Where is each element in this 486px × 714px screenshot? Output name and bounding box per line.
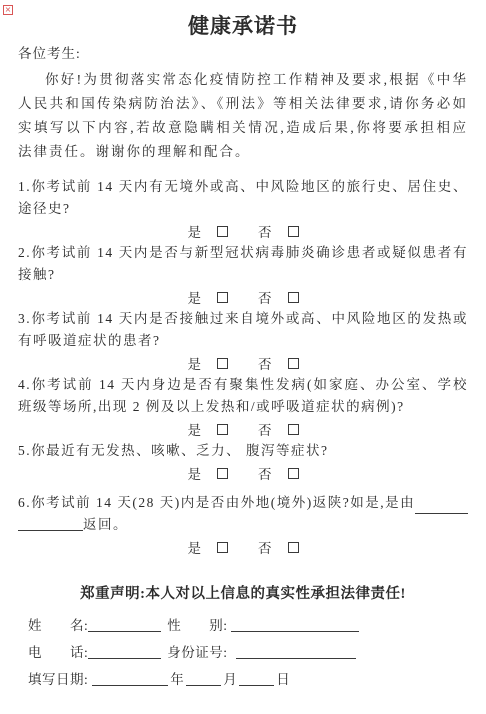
question-list: 1.你考试前 14 天内有无境外或高、中风险地区的旅行史、居住史、途径史? 是 …: [18, 176, 468, 558]
no-checkbox[interactable]: [288, 226, 299, 237]
name-label: 姓 名:: [28, 618, 88, 633]
question-4-choice-row: 是 否: [18, 418, 468, 440]
day-label: 日: [276, 672, 290, 687]
question-6-suffix: 返回。: [83, 517, 128, 532]
yes-label: 是: [188, 221, 202, 241]
no-label: 否: [258, 287, 272, 307]
no-checkbox[interactable]: [288, 542, 299, 553]
question-2-choice-row: 是 否: [18, 286, 468, 308]
no-label: 否: [258, 537, 272, 557]
phone-id-row: 电 话:身份证号:: [28, 639, 468, 666]
name-gender-row: 姓 名:性 别:: [28, 612, 468, 639]
question-5: 5.你最近有无发热、咳嗽、乏力、 腹泻等症状?: [18, 440, 468, 462]
no-checkbox[interactable]: [288, 424, 299, 435]
yes-checkbox[interactable]: [217, 468, 228, 479]
no-checkbox[interactable]: [288, 358, 299, 369]
id-number-field[interactable]: [236, 644, 356, 659]
broken-image-icon: ×: [3, 5, 13, 15]
gender-field[interactable]: [231, 617, 359, 632]
yes-checkbox[interactable]: [217, 424, 228, 435]
yes-checkbox[interactable]: [217, 226, 228, 237]
name-field[interactable]: [88, 617, 161, 632]
question-6-choice-row: 是 否: [18, 536, 468, 558]
no-checkbox[interactable]: [288, 468, 299, 479]
yes-label: 是: [188, 353, 202, 373]
yes-label: 是: [188, 537, 202, 557]
page-title: 健康承诺书: [18, 13, 468, 39]
question-1-choice-row: 是 否: [18, 220, 468, 242]
question-4: 4.你考试前 14 天内身边是否有聚集性发病(如家庭、办公室、学校班级等场所,出…: [18, 374, 468, 418]
year-label: 年: [170, 672, 184, 687]
declaration-statement: 郑重声明:本人对以上信息的真实性承担法律责任!: [18, 584, 468, 604]
phone-field[interactable]: [88, 644, 161, 659]
date-year-field[interactable]: [92, 671, 168, 686]
month-label: 月: [223, 672, 237, 687]
question-6: 6.你考试前 14 天(28 天)内是否由外地(境外)返陕?如是,是由 返回。: [18, 492, 468, 536]
salutation: 各位考生:: [18, 45, 468, 63]
document-content: 健康承诺书 各位考生: 你好!为贯彻落实常态化疫情防控工作精神及要求,根据《中华…: [0, 0, 486, 693]
no-label: 否: [258, 419, 272, 439]
gender-label: 性 别:: [167, 618, 227, 633]
signature-fields: 姓 名:性 别: 电 话:身份证号: 填写日期:年月日: [18, 612, 468, 693]
no-checkbox[interactable]: [288, 292, 299, 303]
phone-label: 电 话:: [28, 645, 88, 660]
question-2: 2.你考试前 14 天内是否与新型冠状病毒肺炎确诊患者或疑似患者有接触?: [18, 242, 468, 286]
yes-checkbox[interactable]: [217, 292, 228, 303]
yes-checkbox[interactable]: [217, 542, 228, 553]
question-3: 3.你考试前 14 天内是否接触过来自境外或高、中风险地区的发热或有呼吸道症状的…: [18, 308, 468, 352]
question-6-blank-1[interactable]: [415, 497, 468, 514]
question-5-choice-row: 是 否: [18, 462, 468, 484]
id-label: 身份证号:: [167, 645, 227, 660]
date-row: 填写日期:年月日: [28, 666, 468, 693]
question-6-text: 6.你考试前 14 天(28 天)内是否由外地(境外)返陕?如是,是由: [18, 492, 415, 514]
date-label: 填写日期:: [28, 672, 88, 687]
question-3-choice-row: 是 否: [18, 352, 468, 374]
yes-label: 是: [188, 463, 202, 483]
intro-paragraph: 你好!为贯彻落实常态化疫情防控工作精神及要求,根据《中华人民共和国传染病防治法》…: [18, 68, 468, 164]
no-label: 否: [258, 353, 272, 373]
date-day-field[interactable]: [239, 671, 274, 686]
question-6-blank-2[interactable]: [18, 516, 83, 531]
yes-label: 是: [188, 287, 202, 307]
no-label: 否: [258, 463, 272, 483]
no-label: 否: [258, 221, 272, 241]
yes-label: 是: [188, 419, 202, 439]
date-month-field[interactable]: [186, 671, 221, 686]
health-commitment-document: × 健康承诺书 各位考生: 你好!为贯彻落实常态化疫情防控工作精神及要求,根据《…: [0, 0, 486, 714]
question-1: 1.你考试前 14 天内有无境外或高、中风险地区的旅行史、居住史、途径史?: [18, 176, 468, 220]
yes-checkbox[interactable]: [217, 358, 228, 369]
